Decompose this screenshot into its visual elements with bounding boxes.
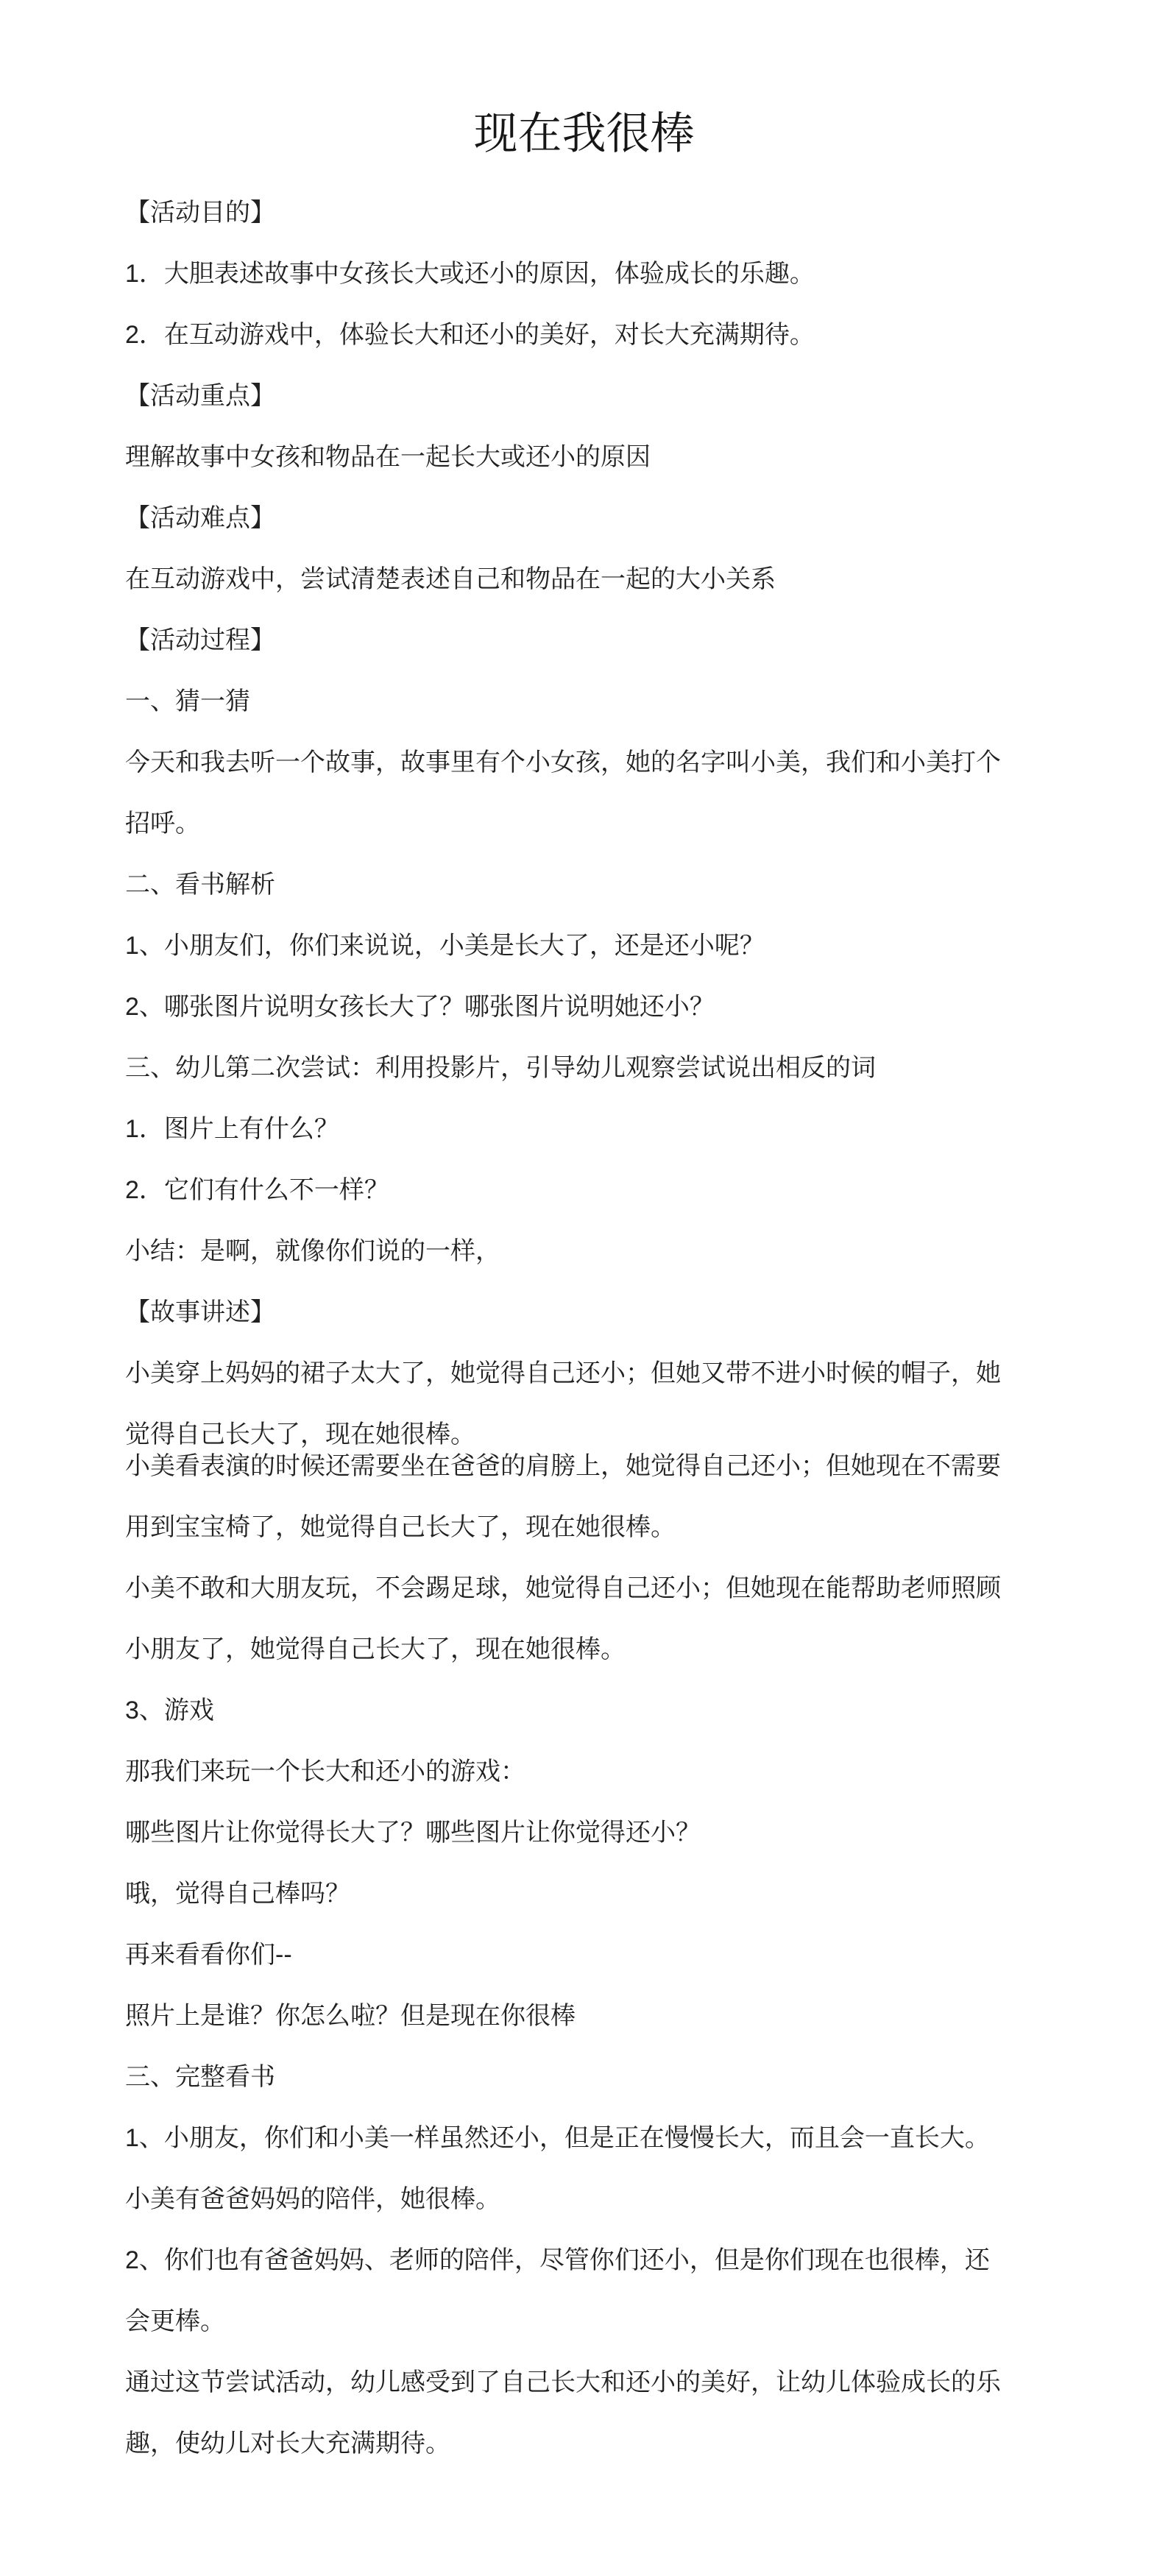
text-line: 2、你们也有爸爸妈妈、老师的陪伴，尽管你们还小，但是你们现在也很棒，还	[125, 2230, 1038, 2291]
paragraph: 在互动游戏中，尝试清楚表述自己和物品在一起的大小关系	[125, 549, 1038, 610]
text-line: 【活动目的】	[125, 183, 1038, 244]
text-line: 三、幼儿第二次尝试：利用投影片，引导幼儿观察尝试说出相反的词	[125, 1038, 1038, 1099]
text-line: 小美看表演的时候还需要坐在爸爸的肩膀上，她觉得自己还小；但她现在不需要	[125, 1436, 1038, 1497]
text-line: 趣，使幼儿对长大充满期待。	[125, 2413, 1038, 2474]
text-line: 1、小朋友们，你们来说说，小美是长大了，还是还小呢？	[125, 916, 1038, 977]
paragraph: 3、游戏	[125, 1680, 1038, 1741]
paragraph: 1、小朋友，你们和小美一样虽然还小，但是正在慢慢长大，而且会一直长大。小美有爸爸…	[125, 2108, 1038, 2230]
paragraph: 1、小朋友们，你们来说说，小美是长大了，还是还小呢？	[125, 916, 1038, 977]
paragraph: 一、猜一猜	[125, 671, 1038, 732]
paragraph: 【活动重点】	[125, 366, 1038, 427]
text-line: 会更棒。	[125, 2291, 1038, 2352]
text-line: 三、完整看书	[125, 2047, 1038, 2108]
document-page: 现在我很棒 【活动目的】1．大胆表述故事中女孩长大或还小的原因，体验成长的乐趣。…	[0, 0, 1168, 2576]
text-line: 哦，觉得自己棒吗？	[125, 1864, 1038, 1925]
text-line: 【活动重点】	[125, 366, 1038, 427]
text-line: 通过这节尝试活动，幼儿感受到了自己长大和还小的美好，让幼儿体验成长的乐	[125, 2352, 1038, 2413]
paragraph: 小美不敢和大朋友玩，不会踢足球，她觉得自己还小；但她现在能帮助老师照顾小朋友了，…	[125, 1558, 1038, 1680]
paragraph: 2．它们有什么不一样？	[125, 1160, 1038, 1221]
paragraph: 二、看书解析	[125, 854, 1038, 916]
text-line: 小朋友了，她觉得自己长大了，现在她很棒。	[125, 1619, 1038, 1680]
paragraph: 【活动过程】	[125, 610, 1038, 671]
paragraph: 三、完整看书	[125, 2047, 1038, 2108]
paragraph: 小美看表演的时候还需要坐在爸爸的肩膀上，她觉得自己还小；但她现在不需要用到宝宝椅…	[125, 1436, 1038, 1558]
paragraph: 理解故事中女孩和物品在一起长大或还小的原因	[125, 427, 1038, 488]
paragraph: 小结：是啊，就像你们说的一样，	[125, 1221, 1038, 1282]
text-line: 小美不敢和大朋友玩，不会踢足球，她觉得自己还小；但她现在能帮助老师照顾	[125, 1558, 1038, 1619]
paragraph: 那我们来玩一个长大和还小的游戏：	[125, 1741, 1038, 1802]
text-line: 在互动游戏中，尝试清楚表述自己和物品在一起的大小关系	[125, 549, 1038, 610]
paragraph: 2．在互动游戏中，体验长大和还小的美好，对长大充满期待。	[125, 305, 1038, 366]
paragraph: 哪些图片让你觉得长大了？哪些图片让你觉得还小？	[125, 1802, 1038, 1864]
paragraph: 2、哪张图片说明女孩长大了？哪张图片说明她还小？	[125, 977, 1038, 1038]
document-body: 【活动目的】1．大胆表述故事中女孩长大或还小的原因，体验成长的乐趣。2．在互动游…	[0, 183, 1038, 2474]
text-line: 小结：是啊，就像你们说的一样，	[125, 1221, 1038, 1282]
text-line: 今天和我去听一个故事，故事里有个小女孩，她的名字叫小美，我们和小美打个	[125, 732, 1038, 793]
document-title: 现在我很棒	[0, 0, 1168, 160]
paragraph: 1．图片上有什么？	[125, 1099, 1038, 1160]
text-line: 照片上是谁？你怎么啦？但是现在你很棒	[125, 1986, 1038, 2047]
text-line: 用到宝宝椅了，她觉得自己长大了，现在她很棒。	[125, 1497, 1038, 1558]
text-line: 理解故事中女孩和物品在一起长大或还小的原因	[125, 427, 1038, 488]
text-line: 一、猜一猜	[125, 671, 1038, 732]
text-line: 二、看书解析	[125, 854, 1038, 916]
text-line: 【活动难点】	[125, 488, 1038, 549]
paragraph: 再来看看你们--	[125, 1925, 1038, 1986]
paragraph: 1．大胆表述故事中女孩长大或还小的原因，体验成长的乐趣。	[125, 244, 1038, 305]
text-line: 2．它们有什么不一样？	[125, 1160, 1038, 1221]
text-line: 哪些图片让你觉得长大了？哪些图片让你觉得还小？	[125, 1802, 1038, 1864]
paragraph: 三、幼儿第二次尝试：利用投影片，引导幼儿观察尝试说出相反的词	[125, 1038, 1038, 1099]
text-line: 【活动过程】	[125, 610, 1038, 671]
paragraph: 【活动目的】	[125, 183, 1038, 244]
paragraph: 哦，觉得自己棒吗？	[125, 1864, 1038, 1925]
paragraph: 通过这节尝试活动，幼儿感受到了自己长大和还小的美好，让幼儿体验成长的乐趣，使幼儿…	[125, 2352, 1038, 2474]
text-line: 小美有爸爸妈妈的陪伴，她很棒。	[125, 2169, 1038, 2230]
paragraph: 今天和我去听一个故事，故事里有个小女孩，她的名字叫小美，我们和小美打个招呼。	[125, 732, 1038, 854]
text-line: 2．在互动游戏中，体验长大和还小的美好，对长大充满期待。	[125, 305, 1038, 366]
text-line: 1、小朋友，你们和小美一样虽然还小，但是正在慢慢长大，而且会一直长大。	[125, 2108, 1038, 2169]
text-line: 小美穿上妈妈的裙子太大了，她觉得自己还小；但她又带不进小时候的帽子，她	[125, 1343, 1038, 1404]
paragraph: 照片上是谁？你怎么啦？但是现在你很棒	[125, 1986, 1038, 2047]
text-line: 那我们来玩一个长大和还小的游戏：	[125, 1741, 1038, 1802]
text-line: 3、游戏	[125, 1680, 1038, 1741]
text-line: 1．图片上有什么？	[125, 1099, 1038, 1160]
paragraph: 【故事讲述】	[125, 1282, 1038, 1343]
text-line: 招呼。	[125, 793, 1038, 854]
text-line: 再来看看你们--	[125, 1925, 1038, 1986]
paragraph: 2、你们也有爸爸妈妈、老师的陪伴，尽管你们还小，但是你们现在也很棒，还会更棒。	[125, 2230, 1038, 2352]
text-line: 2、哪张图片说明女孩长大了？哪张图片说明她还小？	[125, 977, 1038, 1038]
paragraph: 【活动难点】	[125, 488, 1038, 549]
text-line: 1．大胆表述故事中女孩长大或还小的原因，体验成长的乐趣。	[125, 244, 1038, 305]
text-line: 【故事讲述】	[125, 1282, 1038, 1343]
